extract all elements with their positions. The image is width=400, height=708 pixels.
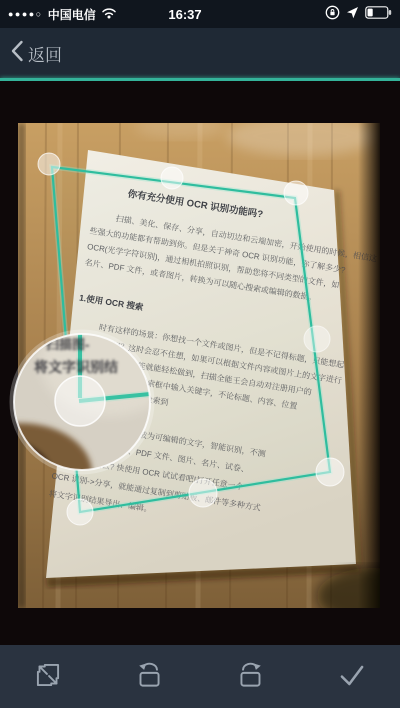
crop-handle-bottom-right[interactable] bbox=[316, 458, 344, 486]
confirm-crop-button[interactable] bbox=[324, 651, 380, 703]
crop-handle-top-left[interactable] bbox=[38, 153, 60, 175]
expand-icon bbox=[31, 658, 65, 695]
app-screen: ●●●●○ 中国电信 16:37 bbox=[0, 0, 400, 708]
crop-handle-bottom-left[interactable] bbox=[67, 499, 93, 525]
rotate-left-icon bbox=[132, 658, 166, 695]
photo-crop-stage: 你有充分使用 OCR 识别功能吗? 扫描、美化、保存、分享，自动切边和云端加密，… bbox=[0, 81, 400, 645]
rotate-right-button[interactable] bbox=[223, 651, 279, 703]
status-time: 16:37 bbox=[168, 7, 201, 22]
confirm-check-icon bbox=[335, 658, 369, 695]
bottom-toolbar bbox=[0, 645, 400, 708]
signal-strength-dots: ●●●●○ bbox=[8, 9, 43, 19]
crop-handle-right-mid[interactable] bbox=[304, 326, 330, 352]
rotate-left-button[interactable] bbox=[121, 651, 177, 703]
nav-bar: 返回 bbox=[0, 28, 400, 78]
crop-handle-bottom-mid[interactable] bbox=[189, 479, 217, 507]
back-button[interactable]: 返回 bbox=[10, 40, 62, 67]
crop-handle-top-mid[interactable] bbox=[161, 167, 183, 189]
status-bar: ●●●●○ 中国电信 16:37 bbox=[0, 0, 400, 28]
orientation-lock-icon bbox=[325, 5, 340, 23]
chevron-left-icon bbox=[10, 40, 24, 67]
location-arrow-icon bbox=[346, 6, 359, 22]
expand-selection-button[interactable] bbox=[20, 651, 76, 703]
wifi-icon bbox=[101, 7, 117, 22]
rotate-right-icon bbox=[234, 658, 268, 695]
back-button-label: 返回 bbox=[28, 41, 62, 66]
loupe-magnified-text: 将文字识别结 bbox=[34, 359, 118, 375]
crop-handle-top-right[interactable] bbox=[284, 181, 308, 205]
magnified-crop-handle bbox=[55, 376, 105, 426]
carrier-label: 中国电信 bbox=[48, 6, 96, 23]
battery-icon bbox=[365, 6, 392, 22]
